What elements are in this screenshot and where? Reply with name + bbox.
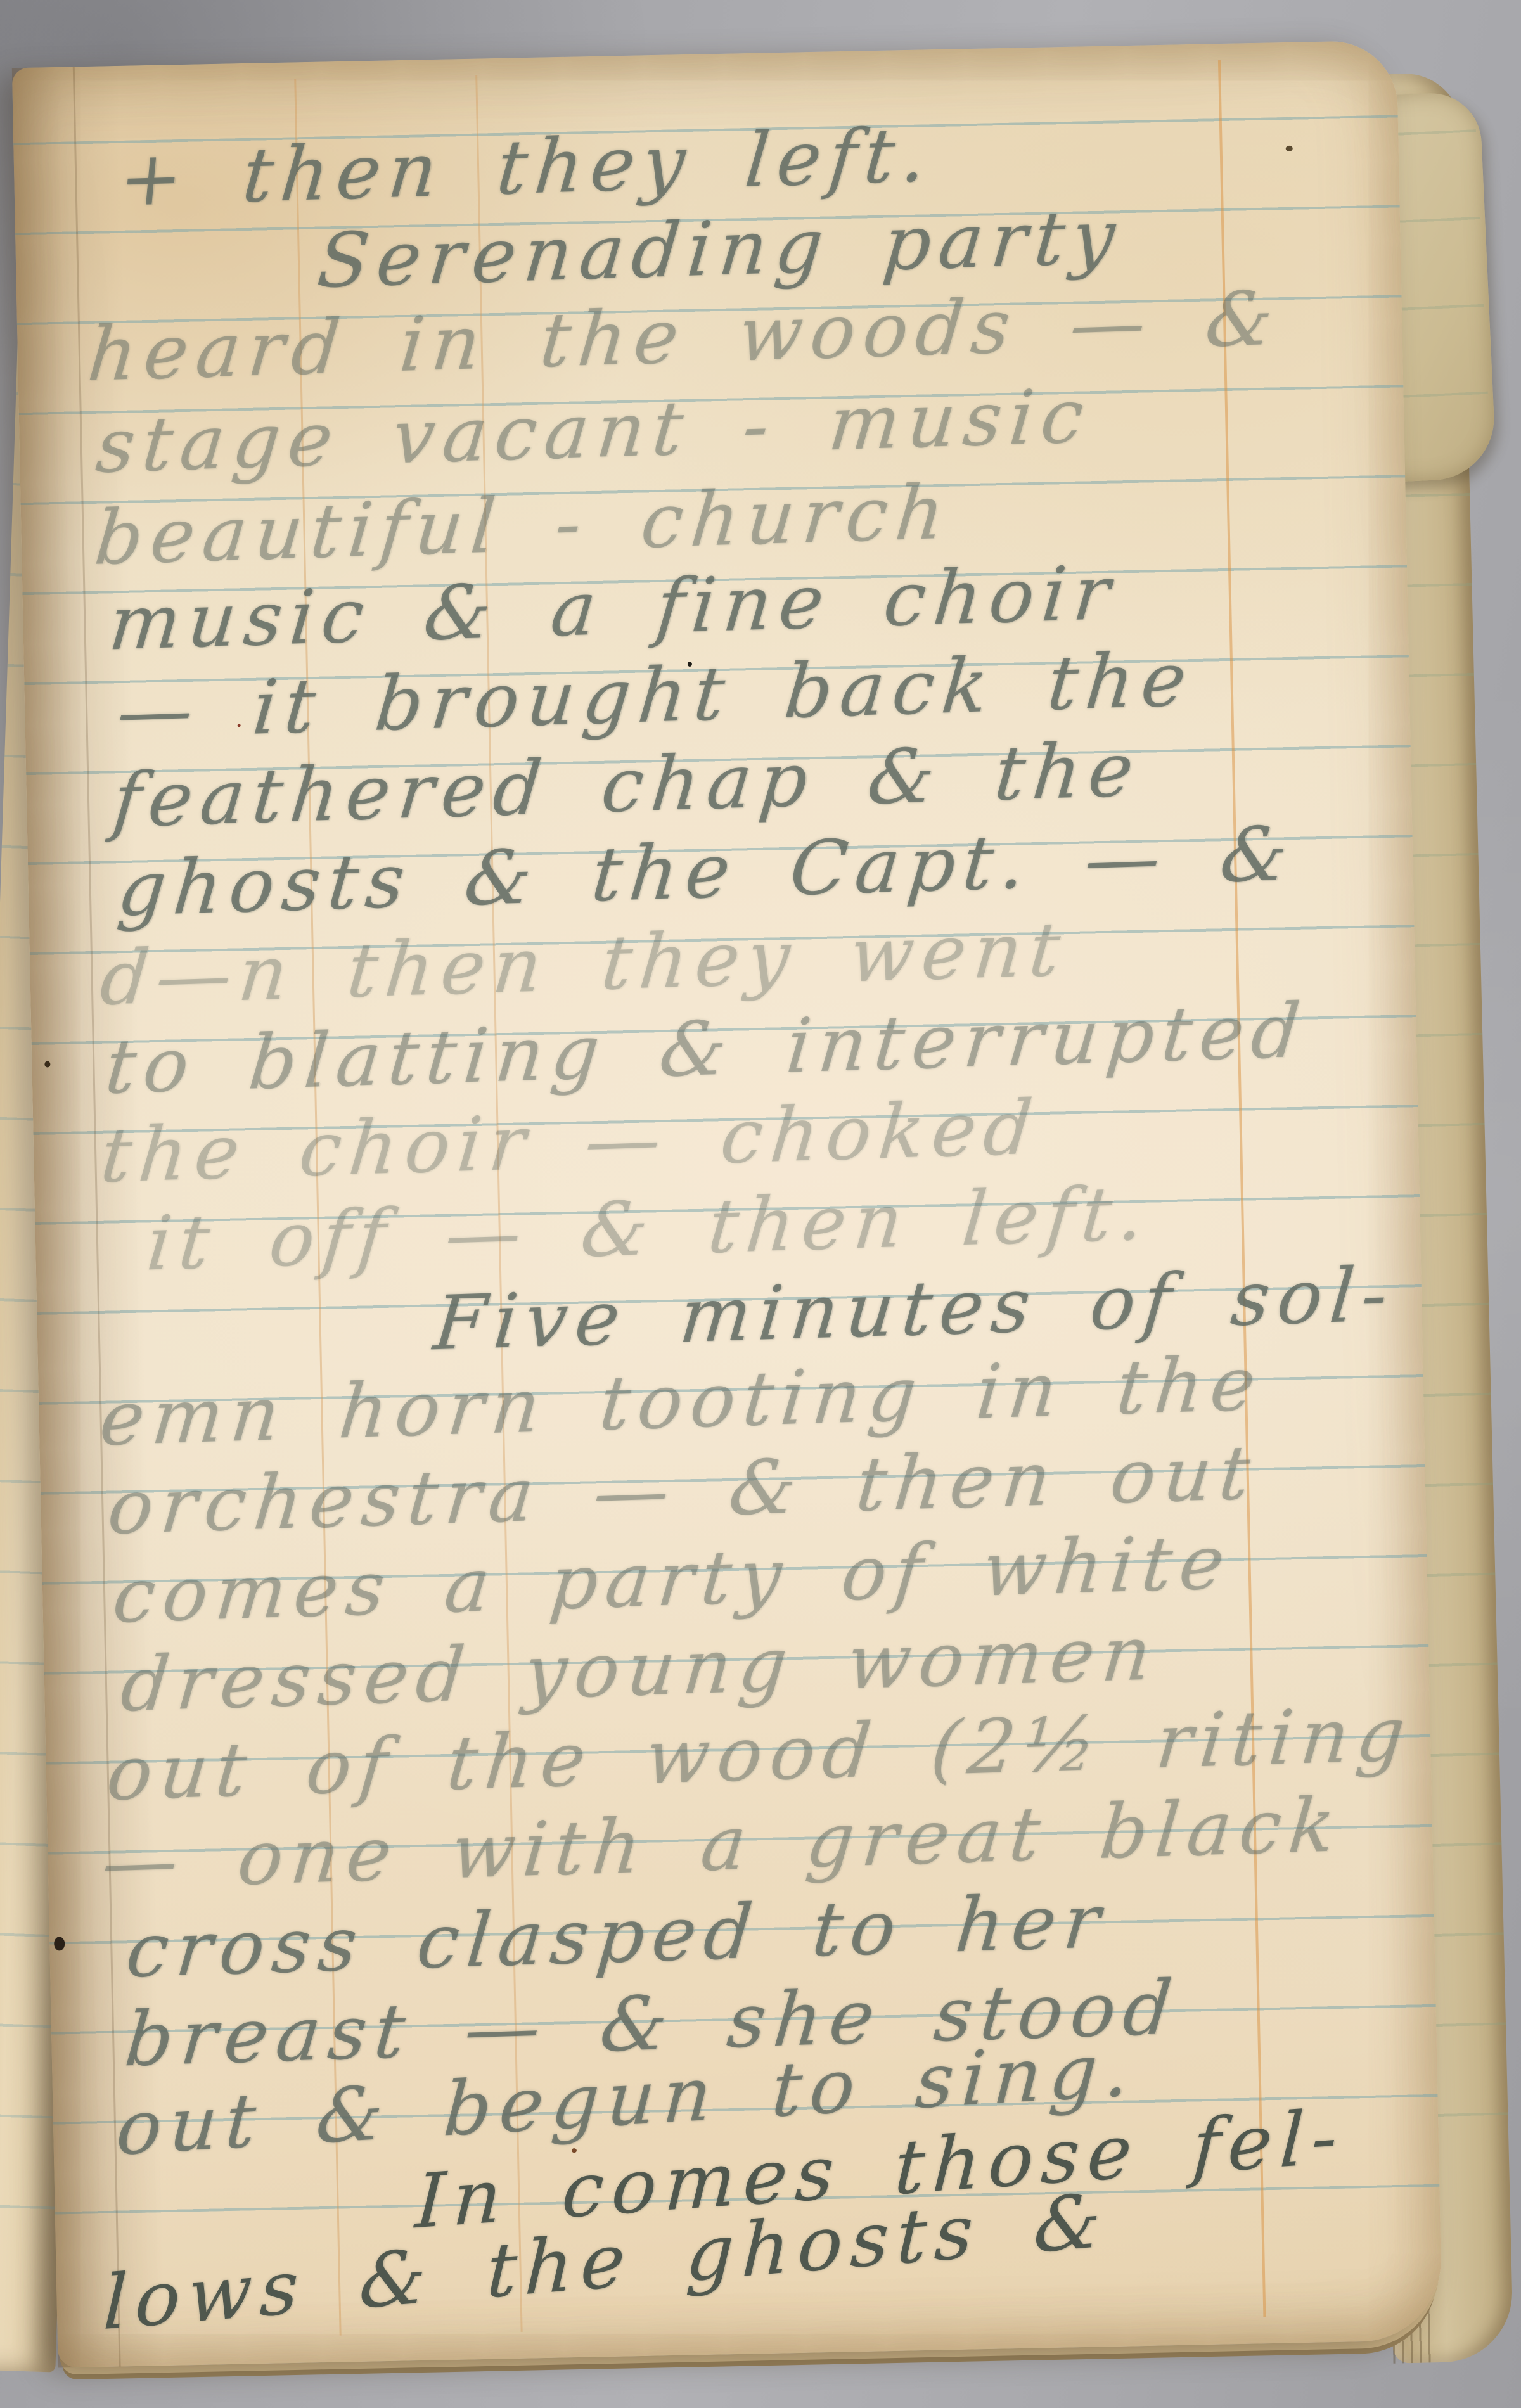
notebook-photo: + then they left. Serenading party heard…	[0, 0, 1521, 2408]
handwriting: + then they left. Serenading party heard…	[12, 40, 1442, 2367]
notebook-page: + then they left. Serenading party heard…	[12, 40, 1442, 2367]
paper-speck	[44, 1061, 50, 1067]
paper-speck	[238, 724, 241, 727]
handwriting-line: stage vacant - music	[93, 378, 1094, 484]
handwriting-line: heard in the woods — &	[85, 280, 1283, 392]
